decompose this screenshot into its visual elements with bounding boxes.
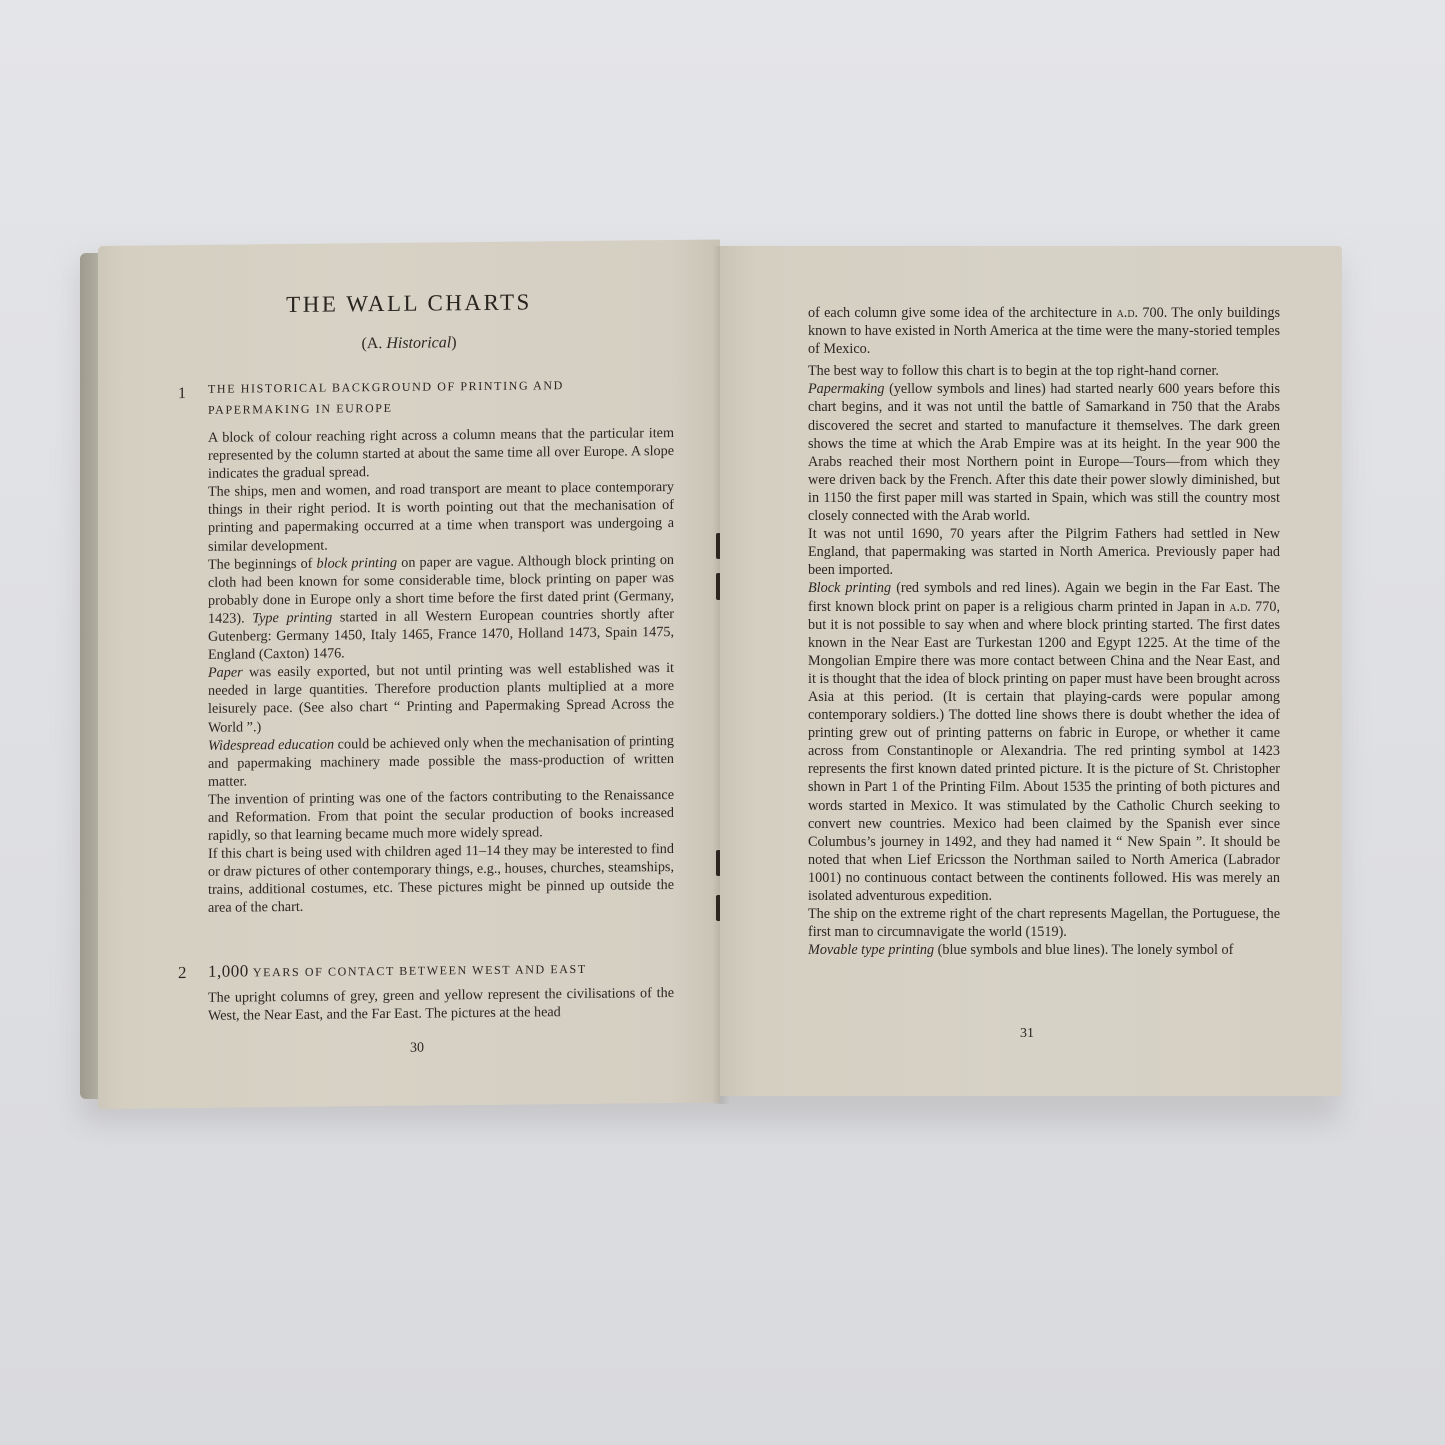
paragraph: Paper was easily exported, but not until… <box>208 659 674 736</box>
paragraph: The invention of printing was one of the… <box>208 786 674 845</box>
paragraph: The ship on the extreme right of the cha… <box>808 905 1280 941</box>
section-1-body: A block of colour reaching right across … <box>208 424 674 917</box>
paragraph: Papermaking (yellow symbols and lines) h… <box>808 380 1280 525</box>
paragraph: Widespread education could be achieved o… <box>208 732 674 791</box>
paragraph: It was not until 1690, 70 years after th… <box>808 525 1280 579</box>
right-page-body: of each column give some idea of the arc… <box>808 304 1280 959</box>
section-2-body: The upright columns of grey, green and y… <box>208 984 674 1025</box>
section-number: 1 <box>178 385 186 403</box>
paragraph: of each column give some idea of the arc… <box>808 304 1280 358</box>
paragraph: The upright columns of grey, green and y… <box>208 984 674 1025</box>
page-number: 31 <box>1020 1026 1034 1042</box>
page-subtitle: (A. Historical) <box>98 331 720 356</box>
section-heading: 1,000 years of contact between west and … <box>208 956 688 984</box>
section-number: 2 <box>178 963 187 983</box>
left-page: THE WALL CHARTS (A. Historical) 1 The hi… <box>98 239 720 1109</box>
right-page: of each column give some idea of the arc… <box>720 246 1342 1096</box>
paragraph: Block printing (red symbols and red line… <box>808 579 1280 905</box>
paragraph: The beginnings of block printing on pape… <box>208 551 674 664</box>
paragraph: The best way to follow this chart is to … <box>808 362 1280 380</box>
page-number: 30 <box>410 1041 424 1057</box>
paragraph: Movable type printing (blue symbols and … <box>808 941 1280 959</box>
section-heading: The historical background of printing an… <box>208 374 678 421</box>
paragraph: The ships, men and women, and road trans… <box>208 478 674 555</box>
page-title: THE WALL CHARTS <box>98 287 720 320</box>
paragraph: If this chart is being used with childre… <box>208 840 674 917</box>
paragraph: A block of colour reaching right across … <box>208 424 674 483</box>
